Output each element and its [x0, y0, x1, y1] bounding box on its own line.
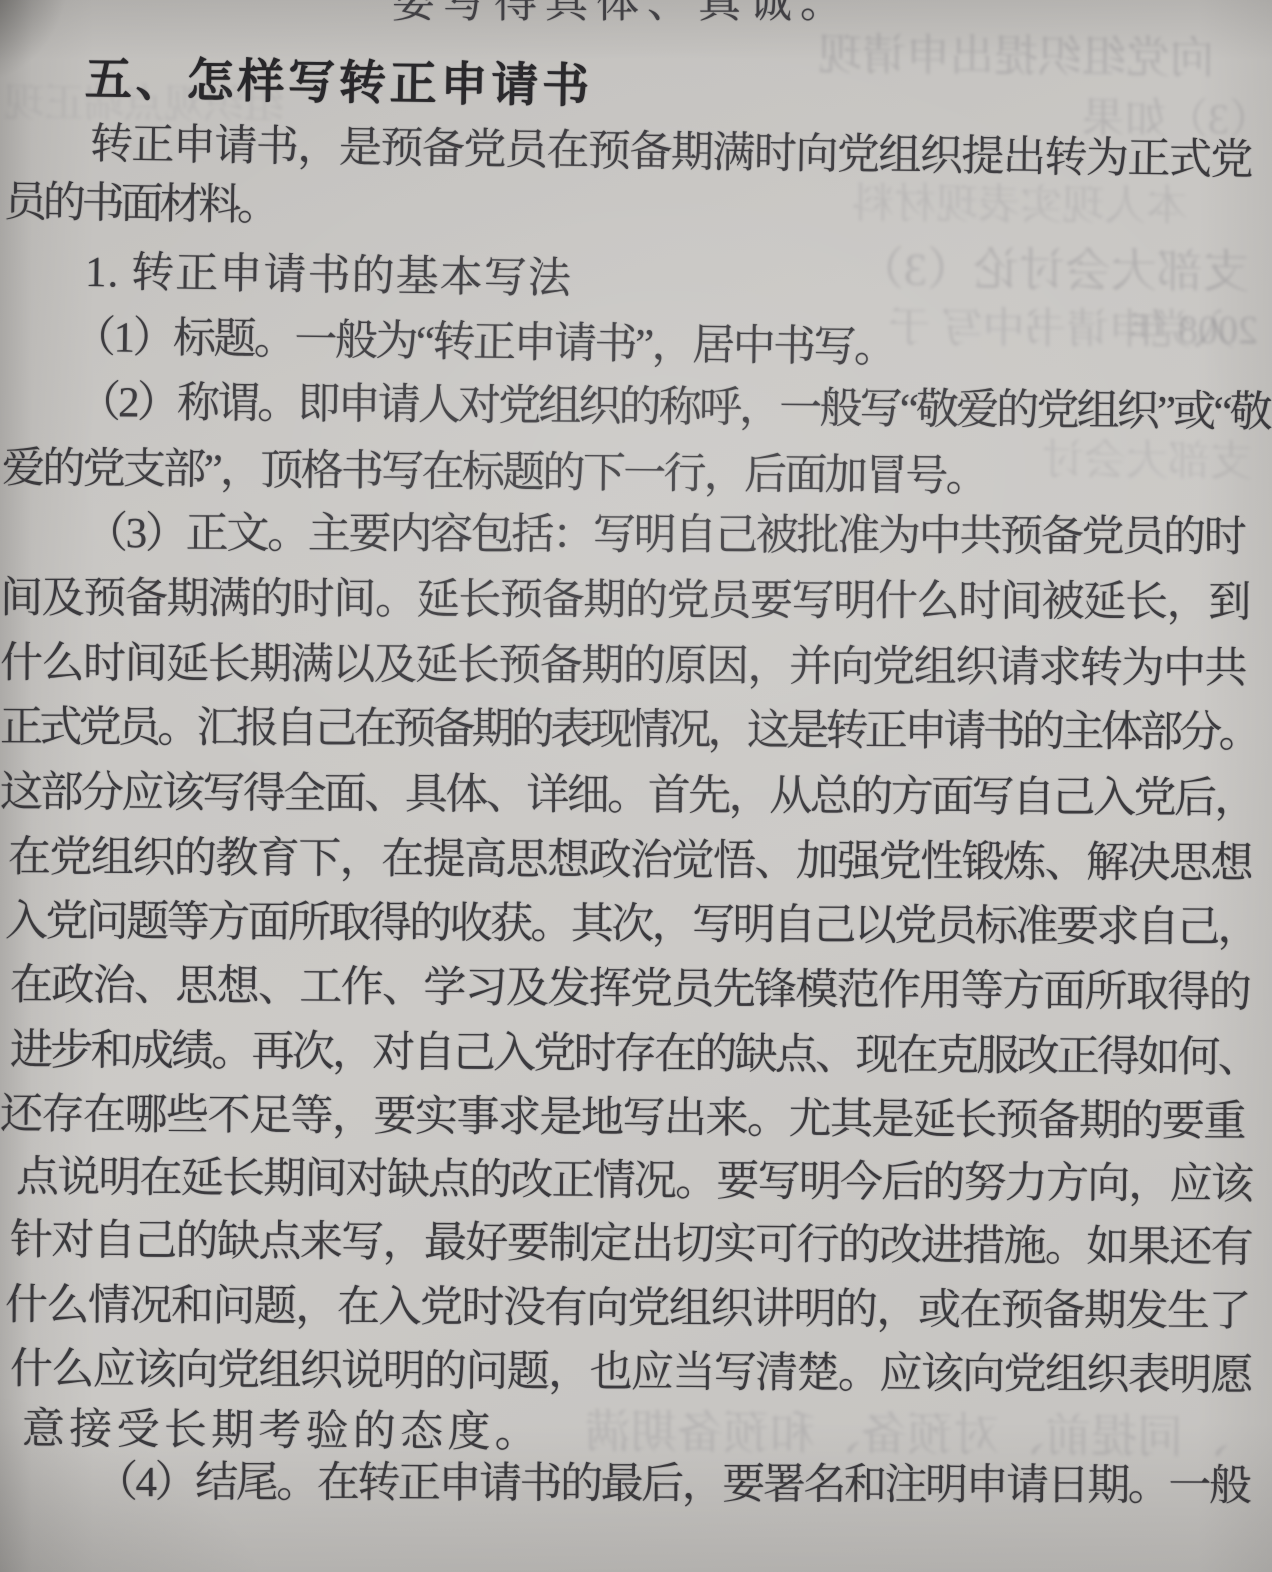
- page-text-layer: 要写得具体、真诚。 五、怎样写转正申请书 转正申请书，是预备党员在预备期满时向党…: [0, 0, 1272, 1572]
- body-line-20: 什么应该向党组织说明的问题，也应当写清楚。应该向党组织表明愿: [10, 1345, 1252, 1401]
- body-line-14: 在政治、思想、工作、学习及发挥党员先锋模范作用等方面所取得的: [10, 961, 1250, 1018]
- bleed-through-text-1: 组织观点端正现: [4, 71, 284, 130]
- body-line-15: 进步和成绩。再次，对自己入党时存在的缺点、现在克服改正得如何、: [10, 1026, 1258, 1083]
- body-line-16: 还存在哪些不足等，要实事求是地写出来。尤其是延长预备期的要重: [0, 1090, 1245, 1147]
- body-line-2: 员的书面材料。: [4, 178, 277, 231]
- bleed-through-text-2: 向党组织提出申请现: [818, 18, 1215, 85]
- bleed-through-text-3: （3）如果: [1082, 85, 1272, 147]
- body-line-22: （4）结尾。在转正申请书的最后，要署名和注明申请日期。一般: [95, 1458, 1250, 1511]
- bleed-through-text-9: 、同提前、对预备、和预备期满: [585, 1395, 1230, 1467]
- body-line-18: 针对自己的缺点来写，最好要制定出切实可行的改进措施。如果还有: [10, 1216, 1252, 1273]
- body-line-13: 入党问题等方面所取得的收获。其次，写明自己以党员标准要求自己，: [5, 897, 1258, 953]
- body-line-11: 这部分应该写得全面、具体、详细。首先，从总的方面写自己入党后，: [0, 768, 1255, 824]
- body-line-8: 间及预备期满的时间。延长预备期的党员要写明什么时间被延长，到: [0, 574, 1250, 628]
- book-page-photo: 要写得具体、真诚。 五、怎样写转正申请书 转正申请书，是预备党员在预备期满时向党…: [0, 0, 1272, 1572]
- body-line-7: （3）正文。主要内容包括：写明自己被批准为中共预备党员的时: [85, 509, 1245, 562]
- body-line-12: 在党组织的教育下，在提高思想政治觉悟、加强党性锻炼、解决思想: [8, 833, 1252, 889]
- body-line-9: 什么时间延长期满以及延长预备期的原因，并向党组织请求转为中共: [0, 639, 1246, 694]
- bleed-through-text-8: ，支部大会讨: [1042, 427, 1272, 489]
- body-line-17: 点说明在延长期间对缺点的改正情况。要写明今后的努力方向，应该: [16, 1153, 1252, 1210]
- bleed-through-text-4: 本人现实表现材料: [852, 171, 1189, 234]
- bleed-through-text-5: 支部大会讨论（3）: [858, 232, 1250, 301]
- body-line-6: 爱的党支部”，顶格书写在标题的下一行，后面加冒号。: [2, 444, 986, 502]
- body-line-19: 什么情况和问题，在入党时没有向党组织讲明的，或在预备期发生了: [5, 1281, 1250, 1337]
- body-line-3: 1. 转正申请书的基本写法: [85, 248, 573, 304]
- bleed-through-text-7: 2008 年: [1128, 297, 1258, 355]
- cropped-previous-line: 要写得具体、真诚。: [392, 0, 851, 30]
- body-line-21: 意接受长期考验的态度。: [22, 1405, 542, 1458]
- body-line-10: 正式党员。汇报自己在预备期的表现情况，这是转正申请书的主体部分。: [0, 703, 1258, 758]
- body-line-4: （1）标题。一般为“转正申请书”，居中书写。: [73, 313, 895, 373]
